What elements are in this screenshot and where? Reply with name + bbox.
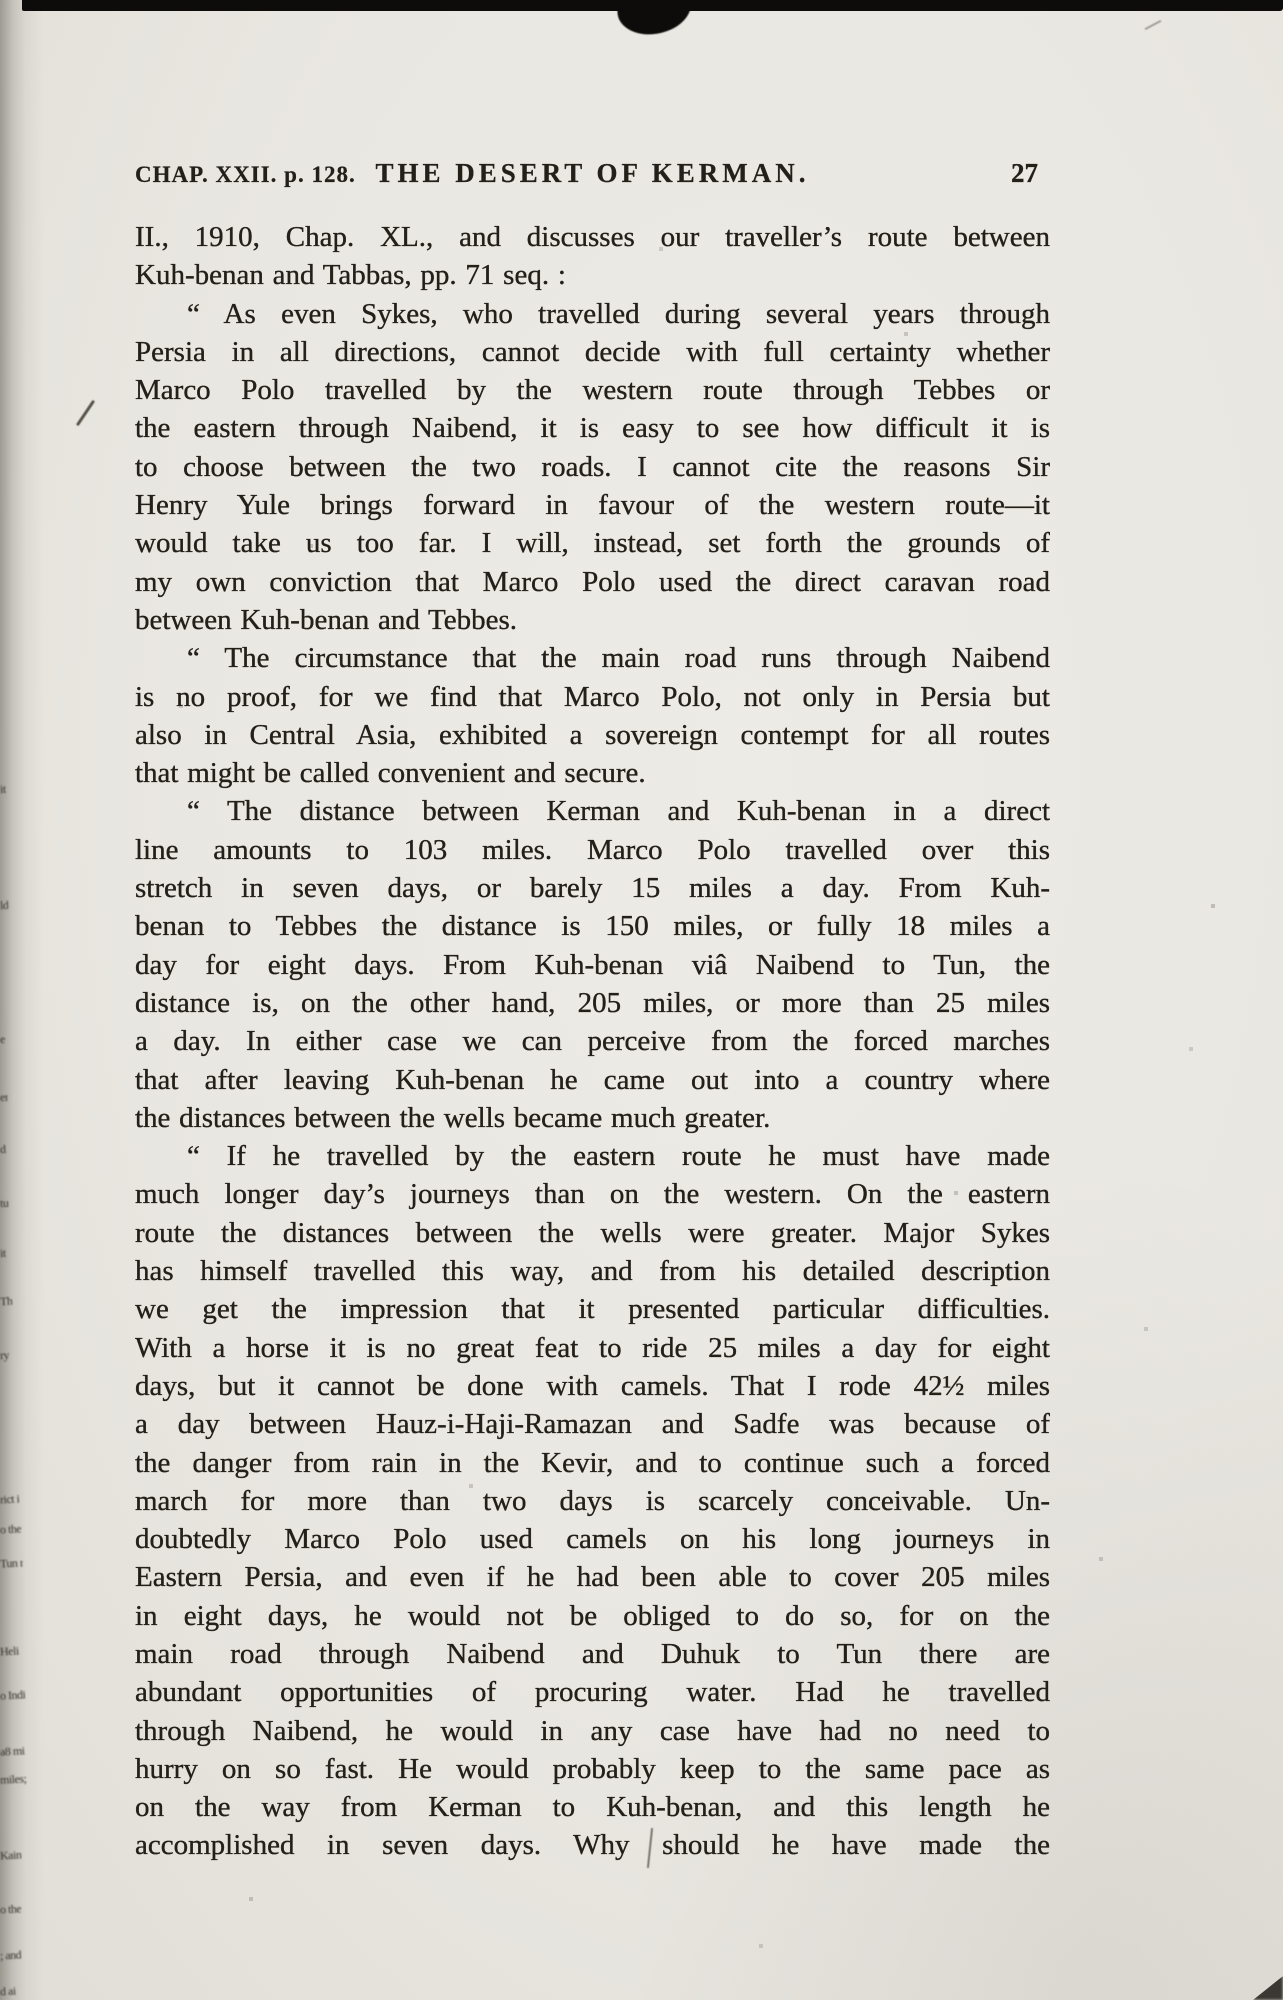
text-line: that might be called convenient and secu… <box>135 754 1050 792</box>
bleedthrough-fragment: Tun r <box>0 1555 24 1571</box>
text-line: “ The circumstance that the main road ru… <box>135 639 1050 677</box>
text-line: the danger from rain in the Kevir, and t… <box>135 1444 1050 1482</box>
text-line: Eastern Persia, and even if he had been … <box>135 1558 1050 1596</box>
text-line: route the distances between the wells we… <box>135 1214 1050 1252</box>
text-line: With a horse it is no great feat to ride… <box>135 1329 1050 1367</box>
bleedthrough-fragment: it <box>0 1246 6 1261</box>
text-line: is no proof, for we find that Marco Polo… <box>135 678 1050 716</box>
text-line: Kuh-benan and Tabbas, pp. 71 seq. : <box>135 256 1050 294</box>
text-line: between Kuh-benan and Tebbes. <box>135 601 1050 639</box>
text-line: doubtedly Marco Polo used camels on his … <box>135 1520 1050 1558</box>
text-line: also in Central Asia, exhibited a sovere… <box>135 716 1050 754</box>
text-line: the distances between the wells became m… <box>135 1099 1050 1137</box>
bleedthrough-fragment: o Indi <box>0 1687 26 1703</box>
bleedthrough-fragment: er <box>0 1090 9 1105</box>
margin-bleedthrough: itldeerdtuitThryrict io theTun rHelio In… <box>0 0 34 2000</box>
text-line: Persia in all directions, cannot decide … <box>135 333 1050 371</box>
bleedthrough-fragment: rict i <box>0 1492 20 1508</box>
text-line: on the way from Kerman to Kuh-benan, and… <box>135 1788 1050 1826</box>
text-line: distance is, on the other hand, 205 mile… <box>135 984 1050 1022</box>
bleedthrough-fragment: ; and <box>0 1947 22 1963</box>
body-text: II., 1910, Chap. XL., and discusses our … <box>135 218 1050 1865</box>
text-line: abundant opportunities of procuring wate… <box>135 1673 1050 1711</box>
bleedthrough-fragment: Th <box>0 1294 13 1310</box>
text-line: a day between Hauz-i-Haji-Ramazan and Sa… <box>135 1405 1050 1443</box>
text-line: that after leaving Kuh-benan he came out… <box>135 1061 1050 1099</box>
text-line: accomplished in seven days. Why should h… <box>135 1826 1050 1864</box>
text-line: through Naibend, he would in any case ha… <box>135 1712 1050 1750</box>
text-line: the eastern through Naibend, it is easy … <box>135 409 1050 447</box>
bleedthrough-fragment: Heli <box>0 1644 19 1660</box>
text-line: in eight days, he would not be obliged t… <box>135 1597 1050 1635</box>
text-line: march for more than two days is scarcely… <box>135 1482 1050 1520</box>
text-line: we get the impression that it presented … <box>135 1290 1050 1328</box>
text-line: benan to Tebbes the distance is 150 mile… <box>135 907 1050 945</box>
text-line: II., 1910, Chap. XL., and discusses our … <box>135 218 1050 256</box>
text-line: Marco Polo travelled by the western rout… <box>135 371 1050 409</box>
text-line: line amounts to 103 miles. Marco Polo tr… <box>135 831 1050 869</box>
bleedthrough-fragment: o the <box>0 1901 22 1917</box>
text-line: to choose between the two roads. I canno… <box>135 448 1050 486</box>
text-line: “ The distance between Kerman and Kuh-be… <box>135 792 1050 830</box>
text-line: hurry on so fast. He would probably keep… <box>135 1750 1050 1788</box>
text-line: stretch in seven days, or barely 15 mile… <box>135 869 1050 907</box>
bleedthrough-fragment: ry <box>0 1348 9 1363</box>
scanned-book-page: itldeerdtuitThryrict io theTun rHelio In… <box>0 0 1283 2000</box>
header-title: THE DESERT OF KERMAN. <box>135 158 1050 189</box>
bleedthrough-fragment: a8 mi <box>0 1743 25 1759</box>
text-line: Henry Yule brings forward in favour of t… <box>135 486 1050 524</box>
bleedthrough-fragment: ld <box>0 898 9 913</box>
bleedthrough-fragment: Kain <box>0 1847 22 1863</box>
text-line: day for eight days. From Kuh-benan viâ N… <box>135 946 1050 984</box>
bleedthrough-fragment: tu <box>0 1196 9 1211</box>
stray-mark-left-margin <box>76 400 95 427</box>
text-line: my own conviction that Marco Polo used t… <box>135 563 1050 601</box>
text-line: much longer day’s journeys than on the w… <box>135 1175 1050 1213</box>
bleedthrough-fragment: d <box>0 1142 6 1157</box>
text-line: a day. In either case we can perceive fr… <box>135 1022 1050 1060</box>
text-line: “ As even Sykes, who travelled during se… <box>135 295 1050 333</box>
page-number: 27 <box>1011 158 1038 189</box>
ink-blot <box>617 0 693 37</box>
bleedthrough-fragment: miles; 1 <box>0 1771 30 1788</box>
text-line: days, but it cannot be done with camels.… <box>135 1367 1050 1405</box>
bleedthrough-fragment: it <box>0 782 6 797</box>
corner-smudge <box>1253 1976 1283 2000</box>
bleedthrough-fragment: o the <box>0 1521 22 1537</box>
text-line: would take us too far. I will, instead, … <box>135 524 1050 562</box>
text-line: “ If he travelled by the eastern route h… <box>135 1137 1050 1175</box>
text-line: main road through Naibend and Duhuk to T… <box>135 1635 1050 1673</box>
bleedthrough-fragment: e <box>0 1032 5 1047</box>
stray-mark-top-right <box>1145 20 1162 30</box>
text-line: has himself travelled this way, and from… <box>135 1252 1050 1290</box>
bleedthrough-fragment: d ai <box>0 1984 16 2000</box>
running-header: CHAP. XXII. p. 128. THE DESERT OF KERMAN… <box>135 156 1050 196</box>
